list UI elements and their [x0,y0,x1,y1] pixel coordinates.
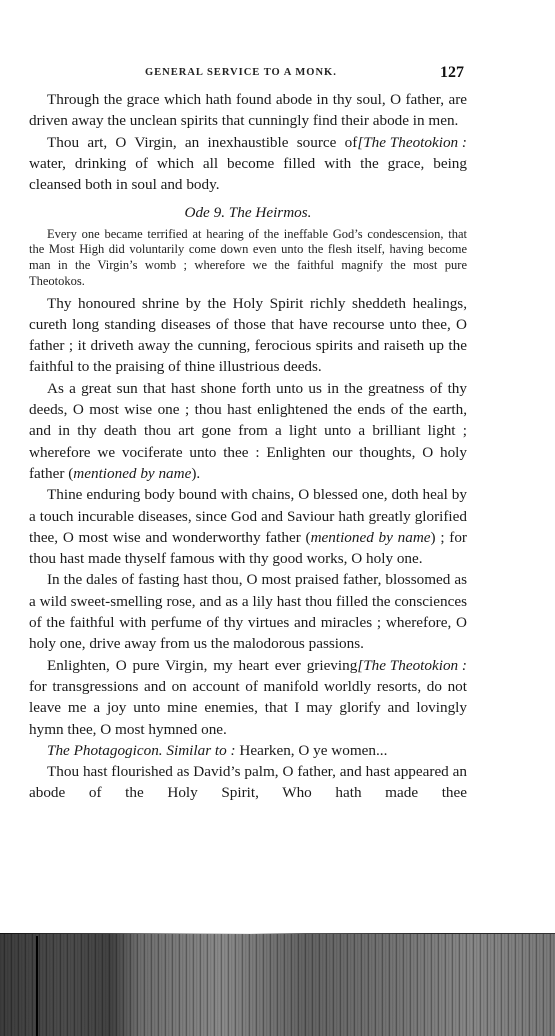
paragraph-text: In the dales of fasting hast thou, O mos… [29,571,467,652]
running-title: GENERAL SERVICE TO A MONK. [145,67,337,78]
body-text: Through the grace which hath found abode… [29,89,467,804]
photagogicon-melody: Hearken, O ye women... [236,742,388,759]
running-head: GENERAL SERVICE TO A MONK. 127 [29,64,467,84]
ode-heading: Ode 9. The Heirmos. [29,202,467,223]
paragraph-text: Thy honoured shrine by the Holy Spirit r… [29,295,467,376]
scan-noise-artifact [0,934,555,1036]
paragraph-text: Thou hast flourished as David’s palm, O … [29,763,467,801]
theotokion-marker: [The Theotokion : [357,132,467,153]
photagogicon-heading: The Photagogicon. Similar to : Hearken, … [29,740,467,761]
mentioned-by-name: mentioned by name [73,465,191,482]
scan-dark-line [36,936,38,1036]
paragraph-text-end: ). [191,465,200,482]
page-number: 127 [440,64,464,82]
paragraph-great-sun: As a great sun that hast shone forth unt… [29,378,467,484]
paragraph-dales-of-fasting: In the dales of fasting hast thou, O mos… [29,569,467,654]
heirmos-text: Every one became terrified at hearing of… [29,227,467,290]
photagogicon-label: The Photagogicon. Similar to : [47,742,236,759]
paragraph-honoured-shrine: Thy honoured shrine by the Holy Spirit r… [29,293,467,378]
paragraph-enduring-body: Thine enduring body bound with chains, O… [29,484,467,569]
mentioned-by-name: mentioned by name [311,529,431,546]
paragraph-text: Through the grace which hath found abode… [29,91,467,129]
theotokion-marker: [The Theotokion : [357,655,467,676]
paragraph-davids-palm: Thou hast flourished as David’s palm, O … [29,761,467,804]
paragraph-grace-driven-away: Through the grace which hath found abode… [29,89,467,132]
